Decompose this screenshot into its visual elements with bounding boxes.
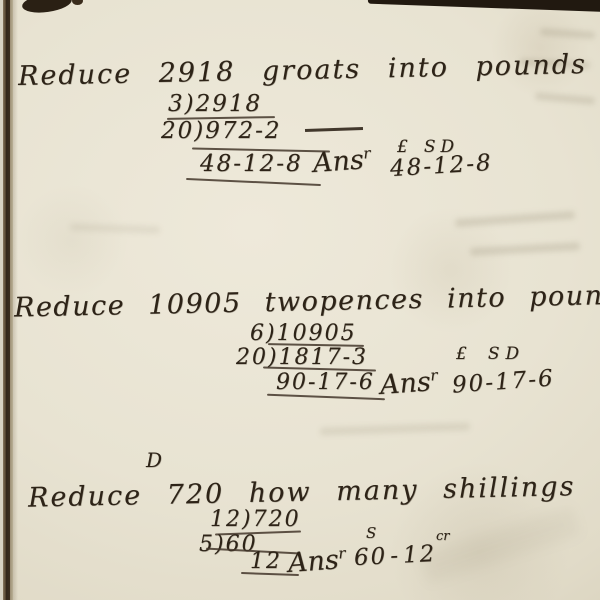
pence-symbol: D: [505, 344, 520, 364]
division-rule: [186, 178, 321, 186]
answer-word-superscript: r: [338, 544, 346, 562]
answer-word-superscript: r: [363, 144, 371, 162]
ghost-writing: [419, 506, 580, 584]
problem-2-division-step-1: 6)10905: [250, 323, 357, 345]
ghost-writing: [320, 422, 470, 435]
problem-3-division-step-1: 12)720: [210, 509, 301, 531]
problem-3-answer-label: Ansr: [287, 546, 347, 577]
shillings-value: 60: [353, 543, 388, 571]
shillings-symbol: S: [488, 344, 501, 364]
ghost-writing: [455, 211, 575, 227]
ghost-writing: [540, 28, 595, 39]
title-text: how many shillings and crow: [249, 467, 600, 509]
problem-1-answer-value: 48-12-8: [389, 152, 493, 181]
book-cover-speck: [72, 0, 83, 5]
problem-3-crowns-superscript: cr: [436, 530, 450, 543]
pounds-symbol: £: [397, 137, 409, 157]
answer-word: Ans: [379, 367, 432, 401]
problem-1-result-line: 48-12-8: [200, 153, 303, 176]
problem-3-division-step-2: 5)60: [199, 534, 258, 556]
ghost-writing: [470, 242, 580, 256]
book-cover-top-edge: [368, 0, 600, 12]
problem-2-result-line: 90-17-6: [276, 372, 375, 394]
hand-drawn-dash: [305, 127, 363, 132]
ghost-writing: [535, 92, 595, 104]
problem-1-title: Reduce 2918 groats into pounds: [18, 51, 587, 90]
problem-2-answer-value: 90-17-6: [451, 367, 555, 397]
problem-3-answer-value: 60-12: [353, 543, 436, 570]
problem-3-shillings-superscript: S: [366, 526, 376, 541]
title-text: Reduce: [28, 480, 143, 513]
problem-1-answer-label: Ansr: [312, 146, 372, 177]
problem-2-title: Reduce 10905 twopences into pounds: [14, 281, 600, 321]
pounds-symbol: £: [456, 344, 468, 364]
answer-word: Ans: [287, 545, 340, 579]
ghost-writing: [70, 223, 160, 233]
answer-word-superscript: r: [430, 366, 438, 384]
problem-2-answer-label: Ansr: [379, 368, 439, 399]
crowns-value: 12: [402, 541, 437, 569]
problem-3-title: Reduce 720 how many shillings and crow: [28, 469, 600, 511]
value-separator: -: [390, 543, 401, 569]
problem-2-division-step-2: 20)1817-3: [236, 347, 368, 369]
problem-1-division-step-2: 20)972-2: [161, 120, 282, 143]
problem-3-result-line: 12: [250, 551, 282, 573]
book-cover-top-corner: [21, 0, 73, 15]
problem-3-pence-superscript: D: [146, 450, 162, 470]
answer-word: Ans: [312, 145, 365, 179]
problem-1-division-step-1: 3)2918: [168, 93, 262, 116]
manuscript-page: Reduce 2918 groats into pounds 3)2918 20…: [0, 0, 600, 600]
problem-2-currency-columns: £SD: [456, 346, 520, 363]
title-number: 720: [166, 479, 224, 511]
